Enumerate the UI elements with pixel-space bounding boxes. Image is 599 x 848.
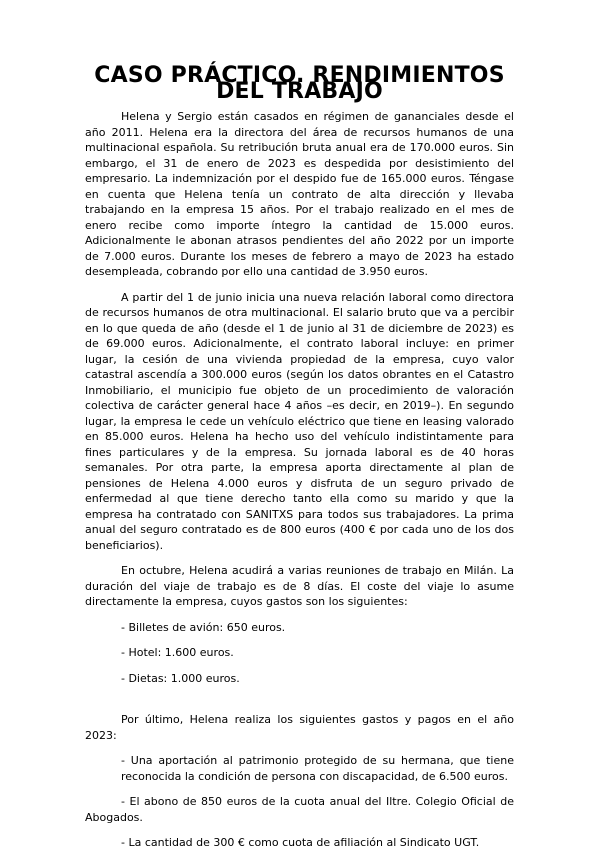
paragraph-final-expenses: Por último, Helena realiza los siguiente… — [85, 712, 514, 743]
bullet-item-hotel: - Hotel: 1.600 euros. — [85, 645, 514, 661]
bullet-item-flights: - Billetes de avión: 650 euros. — [85, 620, 514, 636]
paragraph-new-job: A partir del 1 de junio inicia una nueva… — [85, 290, 514, 554]
paragraph-milan-trip: En octubre, Helena acudirá a varias reun… — [85, 563, 514, 610]
bullet-item-dietas: - Dietas: 1.000 euros. — [85, 671, 514, 687]
document-page: CASO PRÁCTICO. RENDIMIENTOS DEL TRABAJO … — [0, 0, 599, 848]
document-title: CASO PRÁCTICO. RENDIMIENTOS DEL TRABAJO — [85, 68, 514, 99]
bullet-item-sindicato-ugt: - La cantidad de 300 € como cuota de afi… — [85, 835, 514, 848]
paragraph-intro-helena-sergio: Helena y Sergio están casados en régimen… — [85, 109, 514, 280]
bullet-item-colegio-abogados: - El abono de 850 euros de la cuota anua… — [85, 794, 514, 825]
bullet-item-patrimonio-protegido: - Una aportación al patrimonio protegido… — [121, 753, 514, 784]
